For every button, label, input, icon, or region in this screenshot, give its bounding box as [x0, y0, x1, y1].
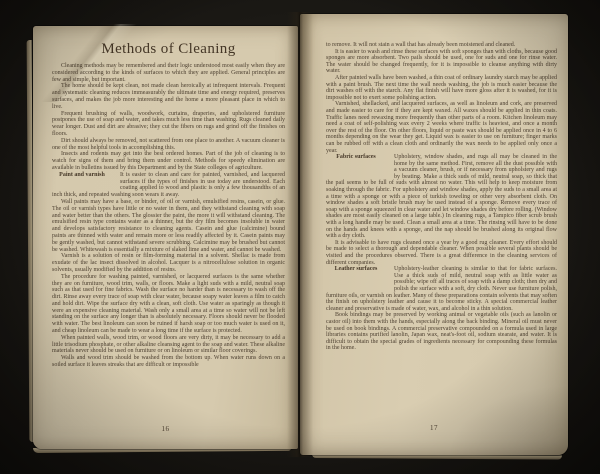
paragraph: Wall paints may have a base, or binder, …: [52, 199, 285, 253]
page-number-right: 17: [300, 424, 568, 432]
side-heading-fabric-surfaces: Fabric surfaces: [326, 154, 394, 174]
side-heading-paint-and-varnish: Paint and varnish: [52, 172, 120, 192]
left-page-content: Methods of Cleaning Cleaning methods may…: [52, 35, 285, 369]
paragraph: to remove. It will not stain a wall that…: [326, 42, 557, 49]
paragraph: When painted walls, wood trim, or wood f…: [52, 335, 285, 355]
paragraph: Walls and wood trim should be washed fro…: [52, 355, 285, 369]
paragraph: Book bindings may be preserved by workin…: [326, 312, 557, 352]
paragraph-paint-and-varnish: Paint and varnishIt is easier to clean a…: [52, 172, 285, 199]
right-page-body: to remove. It will not stain a wall that…: [326, 42, 557, 352]
book-page-right: to remove. It will not stain a wall that…: [300, 14, 568, 455]
book-photo: Methods of Cleaning Cleaning methods may…: [0, 0, 600, 474]
paragraph: Insects and rodents may get into the bes…: [52, 151, 285, 171]
paragraph-leather-surfaces: Leather surfacesUpholstery-leather clean…: [326, 266, 557, 312]
paragraph: It is easier to wash and rinse these sur…: [326, 49, 557, 75]
right-page-content: to remove. It will not stain a wall that…: [326, 42, 557, 352]
paragraph: It is advisable to have rugs cleaned onc…: [326, 240, 557, 266]
paragraph: Frequent brushing of walls, woodwork, cu…: [52, 111, 285, 138]
page-title: Methods of Cleaning: [52, 41, 285, 58]
paragraph: Varnish is a solution of resin or film-f…: [52, 253, 285, 273]
paragraph: After painted walls have been washed, a …: [326, 75, 557, 101]
book-page-left: Methods of Cleaning Cleaning methods may…: [33, 26, 298, 449]
page-number-left: 16: [33, 425, 298, 433]
side-heading-leather-surfaces: Leather surfaces: [326, 266, 394, 286]
paragraph: Dirt should always be removed, not scatt…: [52, 138, 285, 152]
paragraph: The procedure for washing painted, varni…: [52, 274, 285, 335]
paragraph-fabric-surfaces: Fabric surfacesUpholstery, window shades…: [326, 154, 557, 240]
paragraph: Varnished, shellacked, and lacquered sur…: [326, 101, 557, 154]
paragraph: Cleaning methods may be remembered and t…: [52, 63, 285, 83]
left-page-body: Cleaning methods may be remembered and t…: [52, 63, 285, 369]
paragraph: The home should be kept clean, not made …: [52, 83, 285, 110]
